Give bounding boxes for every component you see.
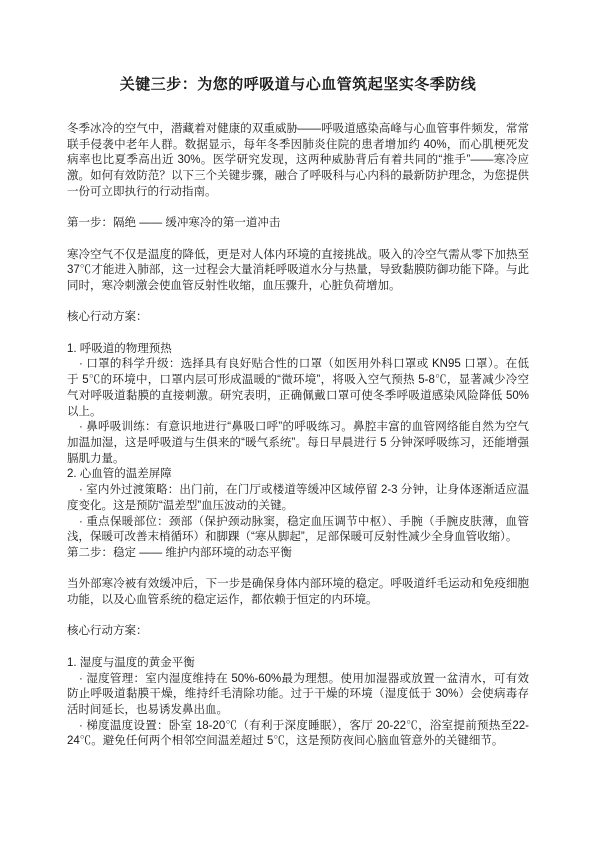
section-1-heading: 第一步：隔绝 —— 缓冲寒冷的第一道冲击 [67,216,529,232]
document-title: 关键三步：为您的呼吸道与心血管筑起坚实冬季防线 [67,74,529,95]
numbered-item: 1. 呼吸道的物理预热 [67,342,529,358]
bullet-item: · 梯度温度设置：卧室 18-20℃（有利于深度睡眠），客厅 20-22℃，浴室… [67,719,529,750]
section-step-1: 第一步：隔绝 —— 缓冲寒冷的第一道冲击 寒冷空气不仅是温度的降低，更是对人体内… [67,216,529,546]
bullet-item: · 室内外过渡策略：出门前，在门厅或楼道等缓冲区域停留 2-3 分钟，让身体逐渐… [67,483,529,514]
bullet-item: · 鼻呼吸训练：有意识地进行“鼻吸口呼”的呼吸练习。鼻腔丰富的血管网络能自然为空… [67,420,529,467]
numbered-item: 1. 湿度与温度的黄金平衡 [67,656,529,672]
section-1-action-list: 1. 呼吸道的物理预热 · 口罩的科学升级：选择具有良好贴合性的口罩（如医用外科… [67,342,529,546]
numbered-item: 2. 心血管的温差屏障 [67,467,529,483]
section-2-lead-paragraph: 当外部寒冷被有效缓冲后，下一步是确保身体内部环境的稳定。呼吸道纤毛运动和免疫细胞… [67,577,529,608]
section-2-action-list: 1. 湿度与温度的黄金平衡 · 湿度管理：室内湿度维持在 50%-60%最为理想… [67,656,529,750]
bullet-item: · 湿度管理：室内湿度维持在 50%-60%最为理想。使用加湿器或放置一盆清水，… [67,672,529,719]
document-body: 关键三步：为您的呼吸道与心血管筑起坚实冬季防线 冬季冰冷的空气中，潜藏着对健康的… [67,74,529,750]
section-1-plan-label: 核心行动方案： [67,310,529,326]
bullet-item: · 口罩的科学升级：选择具有良好贴合性的口罩（如医用外科口罩或 KN95 口罩）… [67,357,529,420]
section-1-lead-paragraph: 寒冷空气不仅是温度的降低，更是对人体内环境的直接挑战。吸入的冷空气需从零下加热至… [67,248,529,295]
document-page: 关键三步：为您的呼吸道与心血管筑起坚实冬季防线 冬季冰冷的空气中，潜藏着对健康的… [0,0,595,841]
intro-paragraph: 冬季冰冷的空气中，潜藏着对健康的双重威胁——呼吸道感染高峰与心血管事件频发，常常… [67,122,529,201]
bullet-item: · 重点保暖部位：颈部（保护颈动脉窦，稳定血压调节中枢）、手腕（手腕皮肤薄，血管… [67,515,529,546]
section-step-2: 第二步：稳定 —— 维护内部环境的动态平衡 当外部寒冷被有效缓冲后，下一步是确保… [67,546,529,750]
section-2-heading: 第二步：稳定 —— 维护内部环境的动态平衡 [67,546,529,562]
section-2-plan-label: 核心行动方案： [67,624,529,640]
